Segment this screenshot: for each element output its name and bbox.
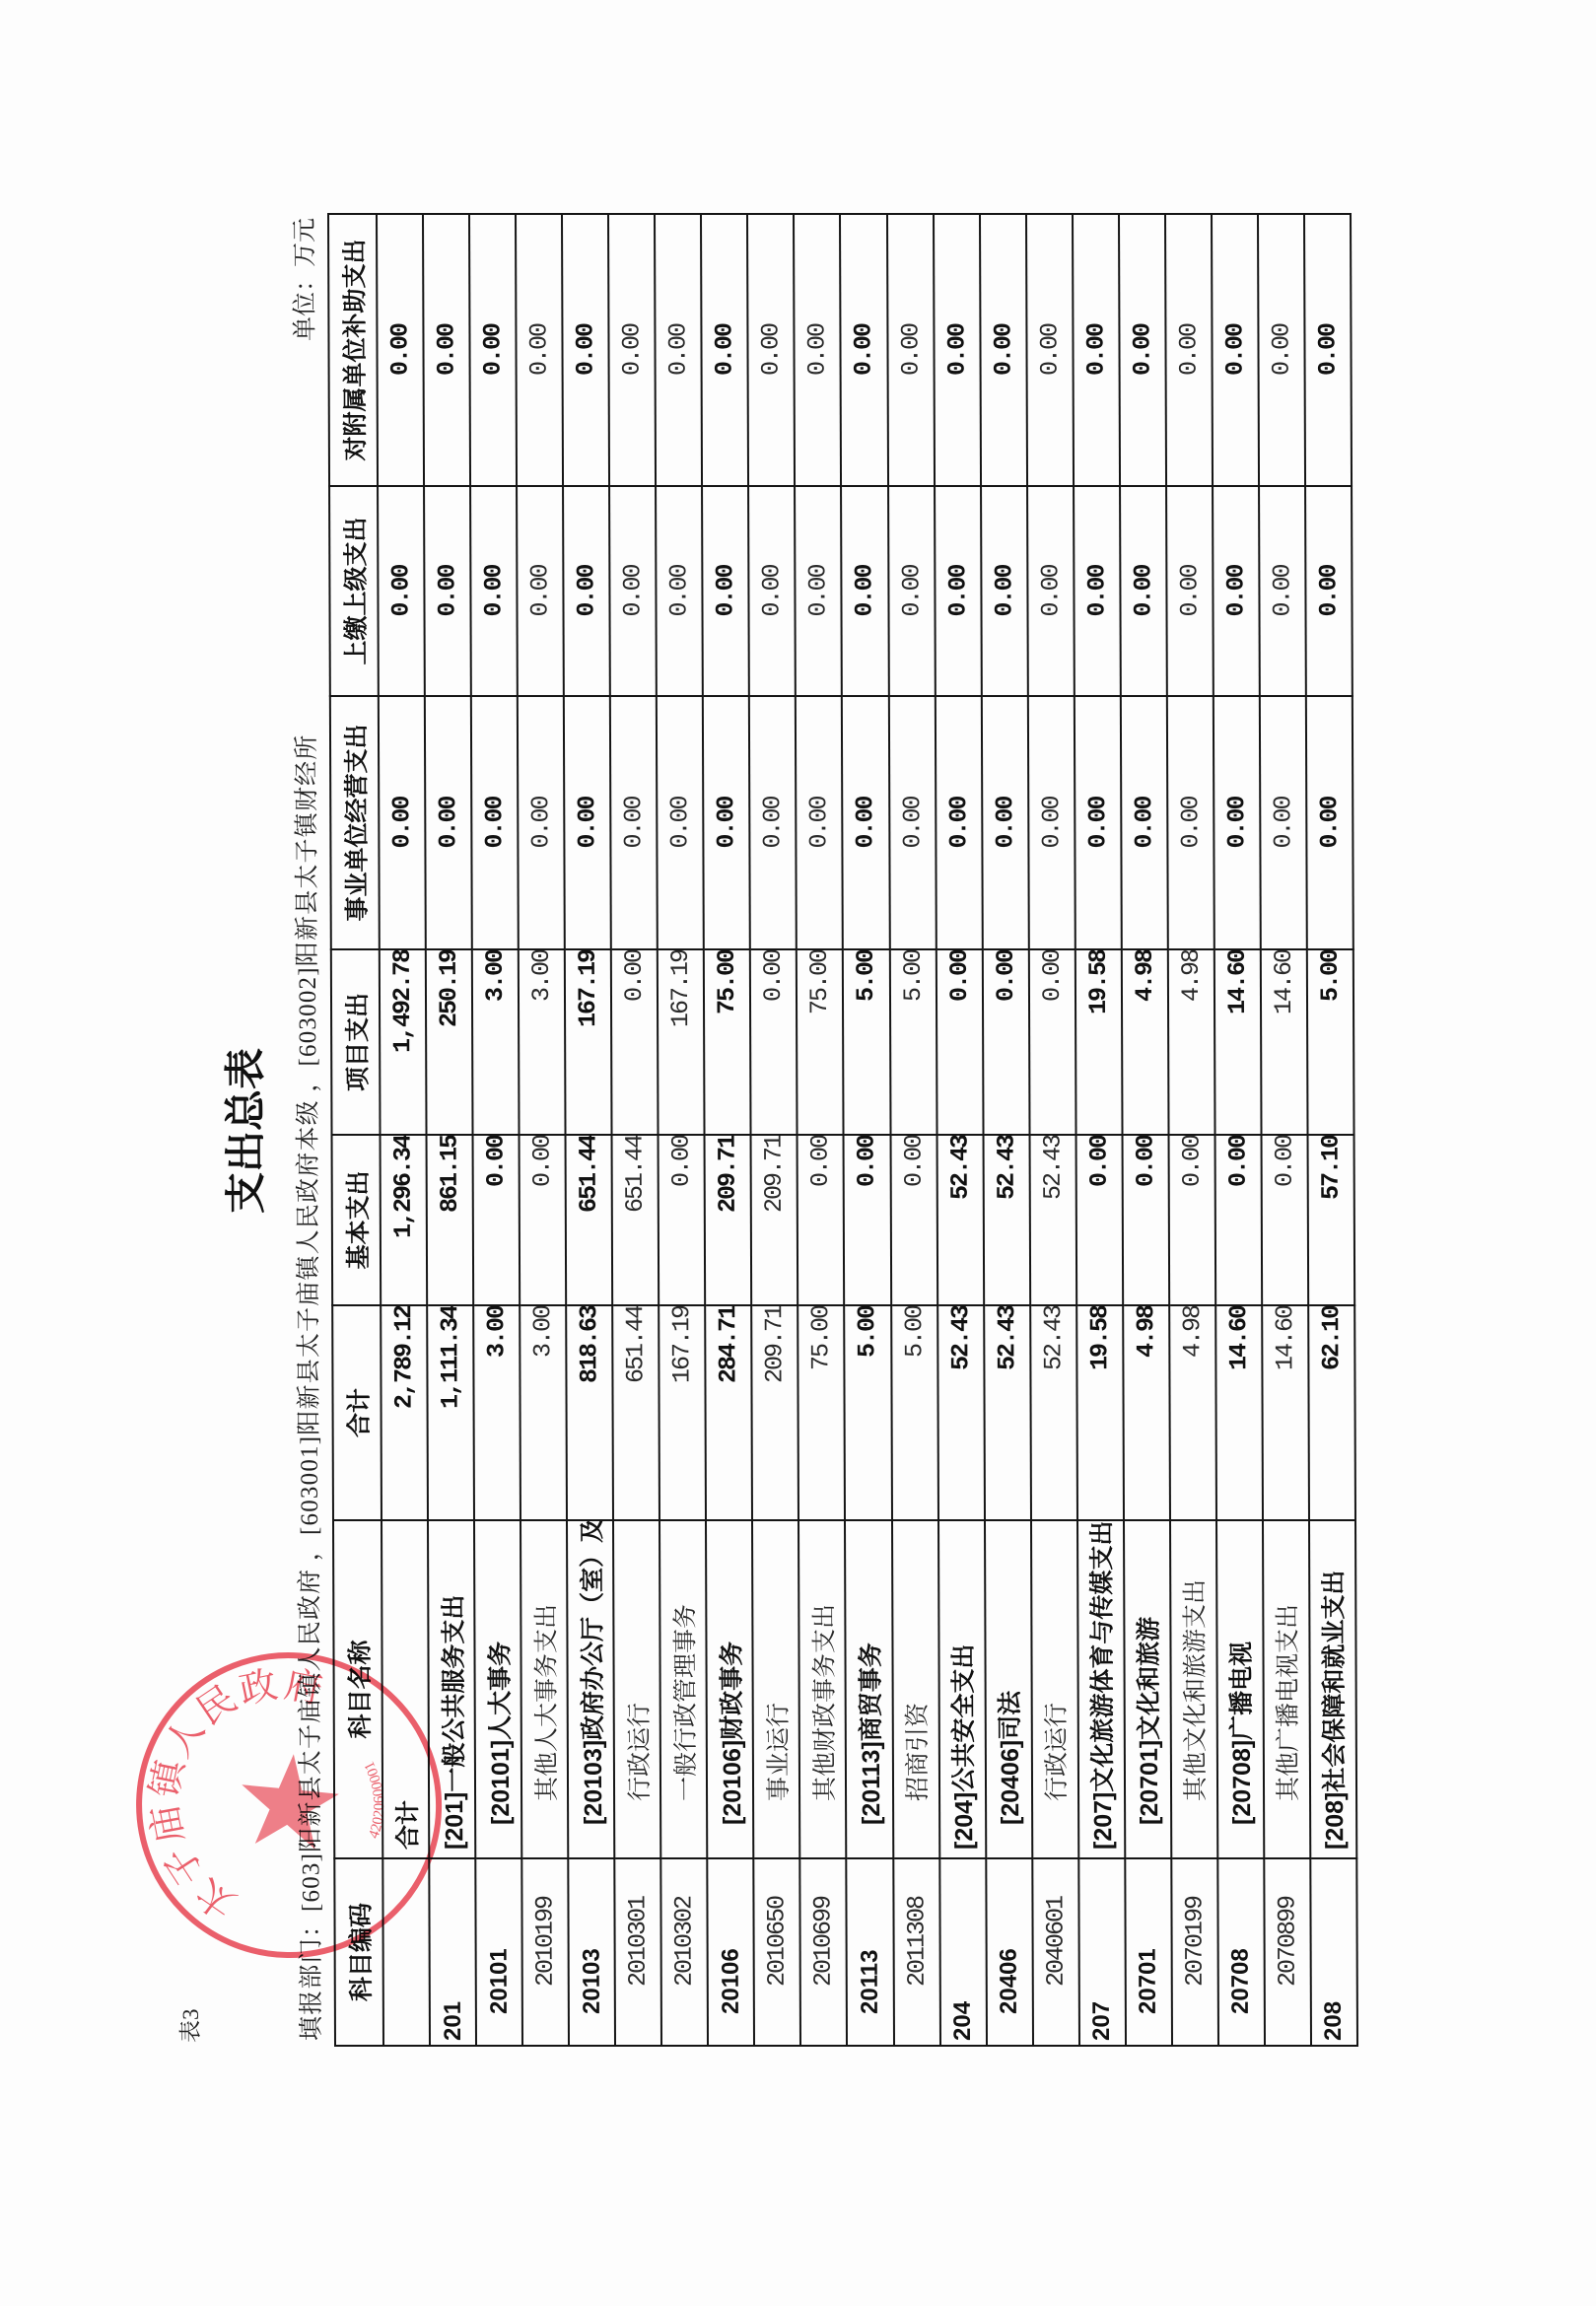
cell-basic: 0.00 — [1168, 1135, 1215, 1305]
cell-basic: 57.10 — [1307, 1135, 1354, 1305]
cell-remit: 0.00 — [1074, 486, 1121, 696]
cell-code: 2010302 — [661, 1858, 709, 2046]
cell-basic: 651.44 — [612, 1135, 659, 1305]
cell-basic: 209.71 — [751, 1135, 798, 1305]
cell-name: [207]文化旅游体育与传媒支出 — [1077, 1520, 1125, 1858]
cell-project: 1,492.78 — [380, 949, 427, 1135]
cell-project: 5.00 — [1307, 949, 1354, 1135]
cell-basic: 52.43 — [937, 1135, 984, 1305]
cell-subsidy: 0.00 — [608, 214, 656, 486]
cell-code: 20113 — [847, 1858, 894, 2046]
cell-name: 其他广播电视支出 — [1263, 1520, 1310, 1858]
table-row: 20406[20406]司法52.4352.430.000.000.000.00 — [980, 214, 1033, 2046]
cell-name: [204]公共安全支出 — [938, 1520, 986, 1858]
cell-operating: 0.00 — [564, 696, 611, 949]
cell-project: 0.00 — [750, 949, 798, 1135]
cell-remit: 0.00 — [1120, 486, 1167, 696]
column-header-operating: 事业单位经营支出 — [330, 696, 380, 949]
cell-remit: 0.00 — [470, 486, 518, 696]
cell-operating: 0.00 — [749, 696, 797, 949]
cell-total: 75.00 — [798, 1305, 846, 1520]
cell-project: 167.19 — [565, 949, 612, 1135]
cell-subsidy: 0.00 — [1258, 214, 1305, 486]
table-row: 2010699其他财政事务支出75.000.0075.000.000.000.0… — [794, 214, 847, 2046]
cell-basic: 861.15 — [427, 1135, 474, 1305]
cell-subsidy: 0.00 — [1119, 214, 1166, 486]
cell-code: 207 — [1078, 1858, 1126, 2046]
cell-basic: 0.00 — [890, 1135, 937, 1305]
cell-total: 52.43 — [1030, 1305, 1077, 1520]
cell-operating: 0.00 — [518, 696, 565, 949]
table-header-row: 科目编码 科目名称 合计 基本支出 项目支出 事业单位经营支出 上缴上级支出 对… — [328, 214, 383, 2046]
cell-total: 209.71 — [752, 1305, 799, 1520]
column-header-name: 科目名称 — [333, 1520, 382, 1858]
cell-basic: 0.00 — [798, 1135, 845, 1305]
cell-project: 250.19 — [426, 949, 473, 1135]
cell-project: 5.00 — [889, 949, 937, 1135]
cell-project: 75.00 — [797, 949, 844, 1135]
cell-total: 62.10 — [1308, 1305, 1355, 1520]
cell-subsidy: 0.00 — [934, 214, 981, 486]
table-row: 合计2,789.121,296.341,492.780.000.000.00 — [377, 214, 430, 2046]
cell-project: 5.00 — [843, 949, 890, 1135]
cell-name: 一般行政管理事务 — [659, 1520, 707, 1858]
cell-name: 行政运行 — [1031, 1520, 1078, 1858]
cell-code: 2070899 — [1264, 1858, 1311, 2046]
cell-project: 0.00 — [936, 949, 983, 1135]
cell-remit: 0.00 — [795, 486, 842, 696]
cell-code: 208 — [1310, 1858, 1357, 2046]
cell-subsidy: 0.00 — [1212, 214, 1259, 486]
cell-operating: 0.00 — [703, 696, 750, 949]
table-row: 20701[20701]文化和旅游4.980.004.980.000.000.0… — [1119, 214, 1172, 2046]
cell-code: 20106 — [708, 1858, 755, 2046]
page-title: 支出总表 — [220, 215, 272, 2047]
table-row: 2010302一般行政管理事务167.190.00167.190.000.000… — [655, 214, 708, 2046]
cell-code: 2010301 — [615, 1858, 662, 2046]
cell-remit: 0.00 — [656, 486, 703, 696]
cell-name: [20103]政府办公厅（室）及 — [567, 1520, 614, 1858]
cell-subsidy: 0.00 — [655, 214, 702, 486]
cell-code: 20103 — [568, 1858, 615, 2046]
cell-basic: 0.00 — [844, 1135, 891, 1305]
cell-basic: 0.00 — [1214, 1135, 1262, 1305]
cell-remit: 0.00 — [1166, 486, 1214, 696]
cell-basic: 52.43 — [1029, 1135, 1076, 1305]
column-header-remit: 上缴上级支出 — [329, 486, 379, 696]
cell-operating: 0.00 — [935, 696, 982, 949]
unit-label: 单位：万元 — [292, 218, 319, 341]
cell-basic: 0.00 — [520, 1135, 567, 1305]
cell-remit: 0.00 — [888, 486, 936, 696]
cell-name: [20113]商贸事务 — [845, 1520, 892, 1858]
cell-project: 14.60 — [1261, 949, 1308, 1135]
cell-total: 52.43 — [937, 1305, 985, 1520]
cell-total: 167.19 — [659, 1305, 706, 1520]
cell-operating: 0.00 — [981, 696, 1028, 949]
cell-name: 其他人大事务支出 — [520, 1520, 568, 1858]
document-page: 表3 支出总表 填报部门：[603]阳新县太子庙镇人民政府 ，[603001]阳… — [0, 0, 1596, 2306]
cell-total: 2,789.12 — [381, 1305, 428, 1520]
cell-project: 14.60 — [1214, 949, 1262, 1135]
cell-subsidy: 0.00 — [887, 214, 935, 486]
table-row: 204[204]公共安全支出52.4352.430.000.000.000.00 — [934, 214, 987, 2046]
column-header-project: 项目支出 — [331, 949, 381, 1135]
cell-name: [20708]广播电视 — [1216, 1520, 1264, 1858]
cell-remit: 0.00 — [702, 486, 749, 696]
cell-basic: 52.43 — [983, 1135, 1030, 1305]
cell-remit: 0.00 — [563, 486, 610, 696]
cell-basic: 0.00 — [659, 1135, 706, 1305]
table-body: 合计2,789.121,296.341,492.780.000.000.0020… — [377, 214, 1357, 2046]
cell-basic: 651.44 — [566, 1135, 613, 1305]
cell-project: 0.00 — [611, 949, 659, 1135]
cell-remit: 0.00 — [842, 486, 889, 696]
cell-basic: 0.00 — [1076, 1135, 1123, 1305]
cell-total: 5.00 — [891, 1305, 938, 1520]
cell-project: 167.19 — [658, 949, 705, 1135]
cell-total: 818.63 — [566, 1305, 613, 1520]
cell-total: 19.58 — [1076, 1305, 1124, 1520]
cell-basic: 1,296.34 — [381, 1135, 428, 1305]
cell-subsidy: 0.00 — [794, 214, 841, 486]
cell-subsidy: 0.00 — [747, 214, 795, 486]
cell-subsidy: 0.00 — [701, 214, 748, 486]
cell-name: [208]社会保障和就业支出 — [1309, 1520, 1356, 1858]
cell-basic: 0.00 — [473, 1135, 520, 1305]
cell-code: 2070199 — [1171, 1858, 1218, 2046]
cell-name: [201]一般公共服务支出 — [428, 1520, 475, 1858]
column-header-basic: 基本支出 — [332, 1135, 382, 1305]
cell-subsidy: 0.00 — [516, 214, 563, 486]
cell-name: [20101]人大事务 — [474, 1520, 521, 1858]
cell-name: 其他财政事务支出 — [798, 1520, 846, 1858]
cell-code: 2040601 — [1032, 1858, 1079, 2046]
cell-operating: 0.00 — [1214, 696, 1261, 949]
cell-total: 14.60 — [1215, 1305, 1263, 1520]
cell-remit: 0.00 — [517, 486, 564, 696]
cell-subsidy: 0.00 — [1304, 214, 1352, 486]
table-row: 2010650事业运行209.71209.710.000.000.000.00 — [747, 214, 800, 2046]
table-row: 2010199其他人大事务支出3.000.003.000.000.000.00 — [516, 214, 569, 2046]
cell-total: 4.98 — [1123, 1305, 1170, 1520]
cell-subsidy: 0.00 — [1026, 214, 1074, 486]
cell-remit: 0.00 — [981, 486, 1028, 696]
cell-code: 20406 — [986, 1858, 1033, 2046]
cell-operating: 0.00 — [425, 696, 472, 949]
cell-operating: 0.00 — [610, 696, 658, 949]
cell-total: 3.00 — [520, 1305, 567, 1520]
cell-project: 19.58 — [1076, 949, 1123, 1135]
cell-code: 2010199 — [521, 1858, 569, 2046]
cell-remit: 0.00 — [378, 486, 425, 696]
cell-subsidy: 0.00 — [1073, 214, 1120, 486]
cell-operating: 0.00 — [1306, 696, 1353, 949]
cell-operating: 0.00 — [1075, 696, 1122, 949]
cell-name: [20701]文化和旅游 — [1124, 1520, 1171, 1858]
cell-total: 1,111.34 — [427, 1305, 474, 1520]
table-row: 20106[20106]财政事务284.71209.7175.000.000.0… — [701, 214, 754, 2046]
table-row: 2010301行政运行651.44651.440.000.000.000.00 — [608, 214, 661, 2046]
cell-basic: 0.00 — [1261, 1135, 1308, 1305]
table-row: 20708[20708]广播电视14.600.0014.600.000.000.… — [1212, 214, 1265, 2046]
cell-name: [20106]财政事务 — [706, 1520, 753, 1858]
cell-total: 4.98 — [1169, 1305, 1216, 1520]
cell-project: 3.00 — [472, 949, 520, 1135]
cell-subsidy: 0.00 — [562, 214, 609, 486]
table-row: 2070899其他广播电视支出14.600.0014.600.000.000.0… — [1258, 214, 1311, 2046]
cell-operating: 0.00 — [796, 696, 843, 949]
cell-remit: 0.00 — [1259, 486, 1306, 696]
cell-code — [382, 1858, 430, 2046]
cell-subsidy: 0.00 — [980, 214, 1027, 486]
cell-subsidy: 0.00 — [840, 214, 887, 486]
table-row: 2011308招商引资5.000.005.000.000.000.00 — [887, 214, 940, 2046]
cell-total: 284.71 — [706, 1305, 753, 1520]
column-header-total: 合计 — [332, 1305, 382, 1520]
cell-name: 其他文化和旅游支出 — [1170, 1520, 1217, 1858]
cell-total: 651.44 — [612, 1305, 659, 1520]
cell-code: 204 — [939, 1858, 987, 2046]
table-row: 207[207]文化旅游体育与传媒支出19.580.0019.580.000.0… — [1073, 214, 1126, 2046]
cell-total: 52.43 — [984, 1305, 1031, 1520]
cell-project: 0.00 — [1028, 949, 1076, 1135]
cell-total: 5.00 — [845, 1305, 892, 1520]
cell-subsidy: 0.00 — [377, 214, 424, 486]
cell-name: 行政运行 — [613, 1520, 660, 1858]
cell-code: 2010699 — [800, 1858, 848, 2046]
cell-operating: 0.00 — [888, 696, 936, 949]
cell-remit: 0.00 — [1305, 486, 1353, 696]
cell-remit: 0.00 — [935, 486, 982, 696]
cell-code: 20708 — [1217, 1858, 1265, 2046]
table-row: 208[208]社会保障和就业支出62.1057.105.000.000.000… — [1304, 214, 1357, 2046]
cell-remit: 0.00 — [748, 486, 796, 696]
cell-subsidy: 0.00 — [423, 214, 470, 486]
cell-code: 20701 — [1125, 1858, 1172, 2046]
cell-code: 2010650 — [754, 1858, 801, 2046]
table-row: 2070199其他文化和旅游支出4.980.004.980.000.000.00 — [1165, 214, 1218, 2046]
cell-operating: 0.00 — [471, 696, 519, 949]
cell-remit: 0.00 — [609, 486, 657, 696]
expenditure-table: 科目编码 科目名称 合计 基本支出 项目支出 事业单位经营支出 上缴上级支出 对… — [327, 213, 1358, 2047]
cell-project: 4.98 — [1168, 949, 1215, 1135]
column-header-code: 科目编码 — [334, 1858, 383, 2046]
cell-operating: 0.00 — [1028, 696, 1076, 949]
table-row: 20101[20101]人大事务3.000.003.000.000.000.00 — [469, 214, 522, 2046]
cell-remit: 0.00 — [1213, 486, 1260, 696]
meta-line: 填报部门：[603]阳新县太子庙镇人民政府 ，[603001]阳新县太子庙镇人民… — [292, 215, 326, 2047]
cell-remit: 0.00 — [1027, 486, 1075, 696]
reporting-department: 填报部门：[603]阳新县太子庙镇人民政府 ，[603001]阳新县太子庙镇人民… — [294, 734, 326, 2041]
table-row: 20103[20103]政府办公厅（室）及818.63651.44167.190… — [562, 214, 615, 2046]
column-header-subsidy: 对附属单位补助支出 — [328, 214, 378, 486]
cell-project: 3.00 — [519, 949, 566, 1135]
cell-operating: 0.00 — [1167, 696, 1214, 949]
cell-basic: 0.00 — [1122, 1135, 1169, 1305]
cell-subsidy: 0.00 — [469, 214, 517, 486]
cell-total: 3.00 — [473, 1305, 520, 1520]
cell-project: 75.00 — [704, 949, 751, 1135]
cell-name: 招商引资 — [892, 1520, 939, 1858]
cell-name: 合计 — [382, 1520, 429, 1858]
cell-name: [20406]司法 — [985, 1520, 1032, 1858]
cell-project: 0.00 — [982, 949, 1029, 1135]
cell-operating: 0.00 — [1121, 696, 1168, 949]
cell-total: 14.60 — [1262, 1305, 1309, 1520]
cell-code: 201 — [429, 1858, 476, 2046]
cell-operating: 0.00 — [842, 696, 889, 949]
table-row: 2040601行政运行52.4352.430.000.000.000.00 — [1026, 214, 1079, 2046]
cell-subsidy: 0.00 — [1165, 214, 1213, 486]
cell-code: 2011308 — [893, 1858, 940, 2046]
table-row: 20113[20113]商贸事务5.000.005.000.000.000.00 — [840, 214, 893, 2046]
table-row: 201[201]一般公共服务支出1,111.34861.15250.190.00… — [423, 214, 476, 2046]
cell-operating: 0.00 — [1260, 696, 1307, 949]
cell-name: 事业运行 — [752, 1520, 799, 1858]
cell-project: 4.98 — [1122, 949, 1169, 1135]
cell-basic: 209.71 — [705, 1135, 752, 1305]
cell-operating: 0.00 — [657, 696, 704, 949]
cell-operating: 0.00 — [379, 696, 426, 949]
table-number-label: 表3 — [179, 2009, 203, 2044]
cell-code: 20101 — [475, 1858, 522, 2046]
cell-remit: 0.00 — [424, 486, 471, 696]
